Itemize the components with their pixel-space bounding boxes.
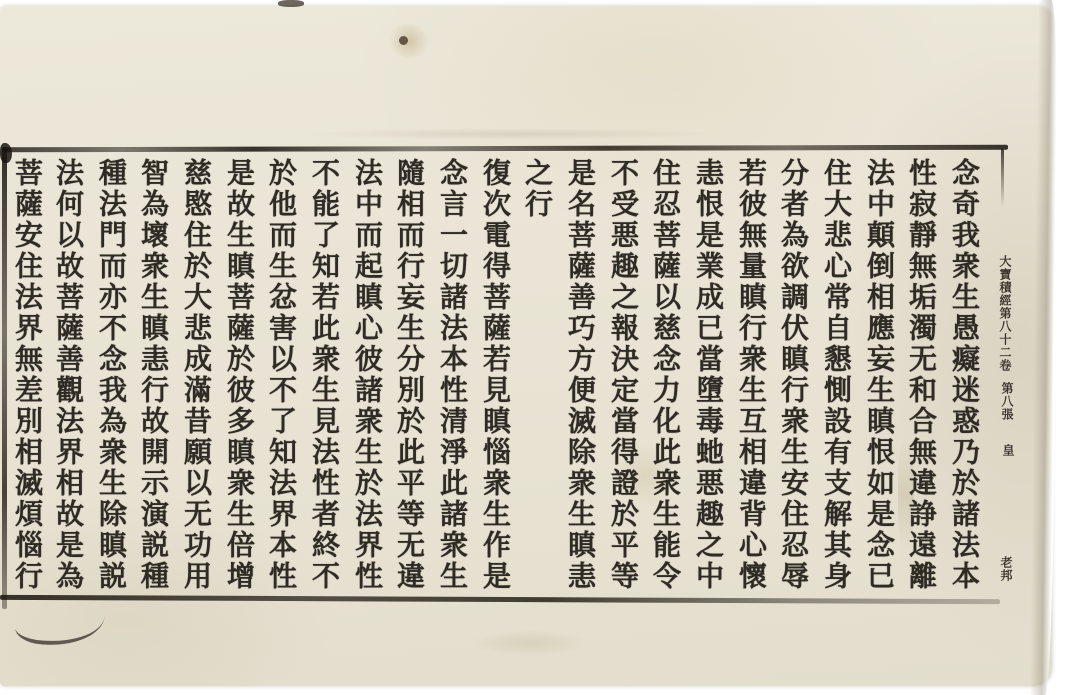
text-column: 種法門而亦不念我為衆生除瞋説 xyxy=(91,158,131,606)
text-column: 法中顛倒相應妄生瞋恨如是念已 xyxy=(859,158,899,606)
text-column: 於他而生忿害以不了知法界本性 xyxy=(261,158,301,606)
text-column: 住忍菩薩以慈念力化此衆生能令 xyxy=(645,158,685,606)
scanned-page-photo: 念奇我衆生愚癡迷惑乃於諸法本 性寂靜無垢濁无和合無違諍遠離 法中顛倒相應妄生瞋恨… xyxy=(0,0,1069,695)
border-line-right-tick xyxy=(1001,149,1004,207)
text-column: 住大悲心常自懇惻設有支解其身 xyxy=(816,158,856,606)
text-column: 菩薩安住法界無差別相滅煩惱行 xyxy=(7,158,47,606)
text-column: 念言一切諸法本性清淨此諸衆生 xyxy=(432,158,472,606)
text-column: 慈愍住於大悲成滿昔願以无功用 xyxy=(176,158,216,606)
text-column: 智為壞衆生瞋恚行故開示演説種 xyxy=(133,158,173,606)
text-column: 復次電得菩薩若見瞋惱衆生作是 xyxy=(475,158,515,606)
margin-note-sutra-title: 大寶積經第八十二卷 xyxy=(997,255,1013,395)
text-column: 恚恨是業成已當墮毒虵悪趣之中 xyxy=(688,158,728,606)
text-column: 之行 xyxy=(517,158,557,606)
margin-note-sheet-number: 第八張 xyxy=(999,382,1015,436)
text-column: 念奇我衆生愚癡迷惑乃於諸法本 xyxy=(944,158,984,606)
text-column: 法何以故菩薩善觀法界相故是為 xyxy=(48,158,88,606)
text-column: 若彼無量瞋行衆生互相違背心懷 xyxy=(731,158,771,606)
text-column: 是名菩薩善巧方便滅除衆生瞋恚 xyxy=(560,158,600,606)
text-column: 法中而起瞋心彼諸衆生於法界性 xyxy=(347,158,387,606)
text-column: 不能了知若此衆生見法性者終不 xyxy=(304,158,344,606)
ink-smudge xyxy=(300,128,720,140)
margin-note-carver-mark: 老邦 xyxy=(998,556,1014,596)
text-column: 隨相而行妄生分別於此平等无違 xyxy=(389,158,429,606)
text-column: 性寂靜無垢濁无和合無違諍遠離 xyxy=(901,158,941,606)
text-column: 是故生瞋菩薩於彼多瞋衆生倍增 xyxy=(219,158,259,606)
margin-note-collation-mark: 皇 xyxy=(1000,444,1016,464)
text-column: 分者為欲調伏瞋行衆生安住忍辱 xyxy=(773,158,813,606)
text-column: 不受悪趣之報決定當得證於平等 xyxy=(603,158,643,606)
